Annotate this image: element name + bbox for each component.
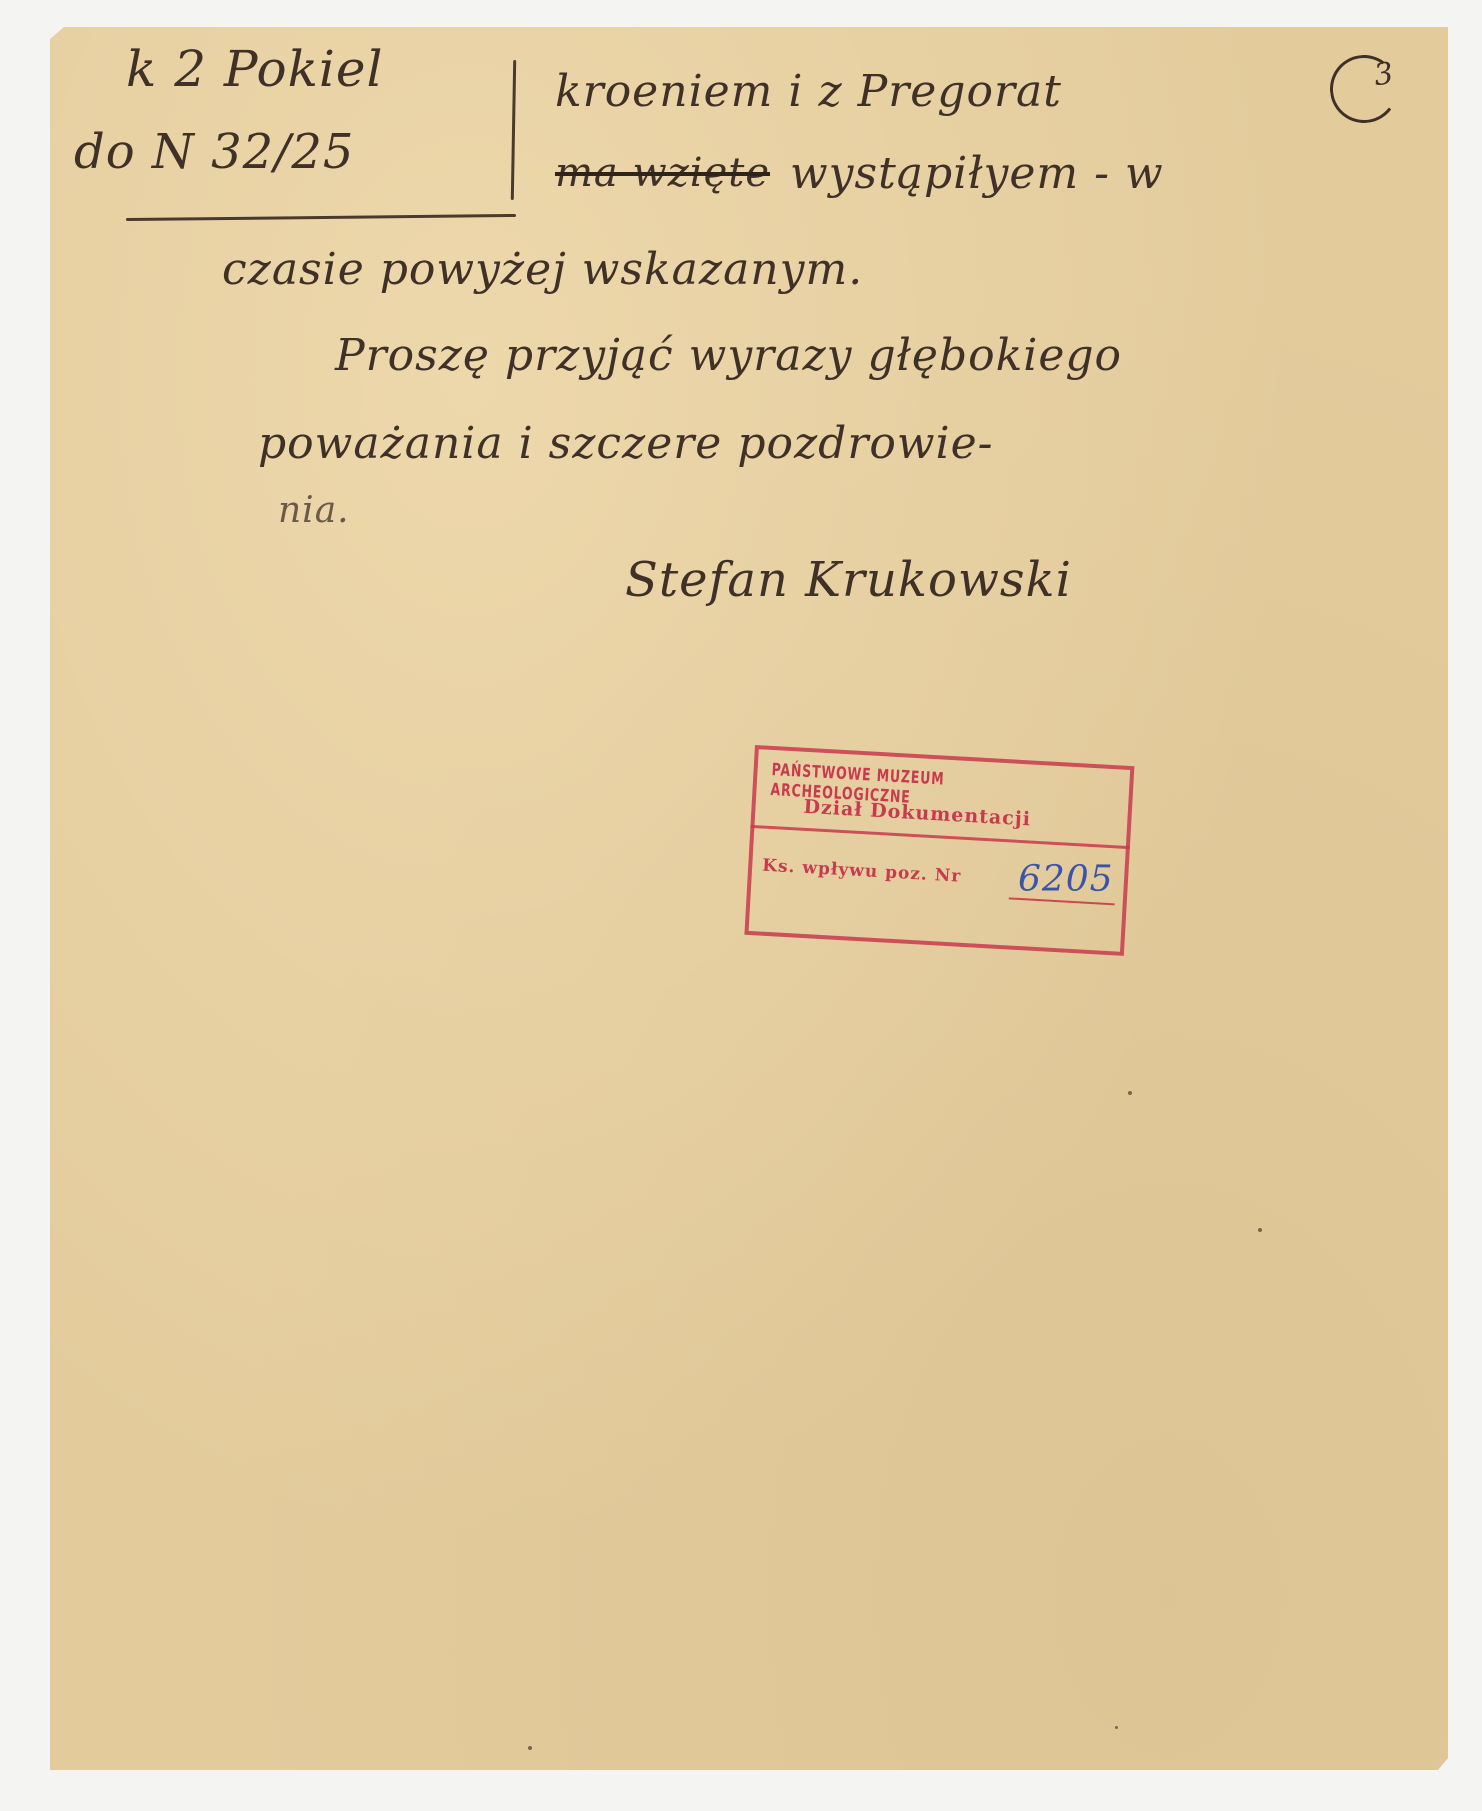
body-line-2: wystąpiłyem - w bbox=[790, 148, 1164, 199]
stamp-entry-number: 6205 bbox=[1018, 858, 1114, 899]
archive-stamp: PAŃSTWOWE MUZEUM ARCHEOLOGICZNE Dział Do… bbox=[744, 745, 1134, 956]
body-line-1: kroeniem i z Pregorat bbox=[555, 66, 1062, 117]
body-line-2-struck: ma wzięte bbox=[555, 150, 770, 196]
reference-note-line-1: k 2 Pokiel bbox=[126, 40, 384, 98]
signature: Stefan Krukowski bbox=[625, 552, 1072, 608]
paper-speck bbox=[1115, 1726, 1118, 1729]
paper-speck bbox=[528, 1746, 532, 1750]
reference-note: k 2 Pokiel do N 32/25 bbox=[126, 40, 510, 212]
body-line-5: poważania i szczere pozdrowie- bbox=[258, 418, 994, 469]
body-line-6: nia. bbox=[278, 490, 350, 531]
paper-speck bbox=[1128, 1091, 1132, 1095]
reference-note-line-2: do N 32/25 bbox=[74, 124, 354, 180]
body-line-4: Proszę przyjąć wyrazy głębokiego bbox=[335, 330, 1122, 381]
body-line-3: czasie powyżej wskazanym. bbox=[222, 244, 863, 295]
paper-speck bbox=[1258, 1228, 1262, 1232]
